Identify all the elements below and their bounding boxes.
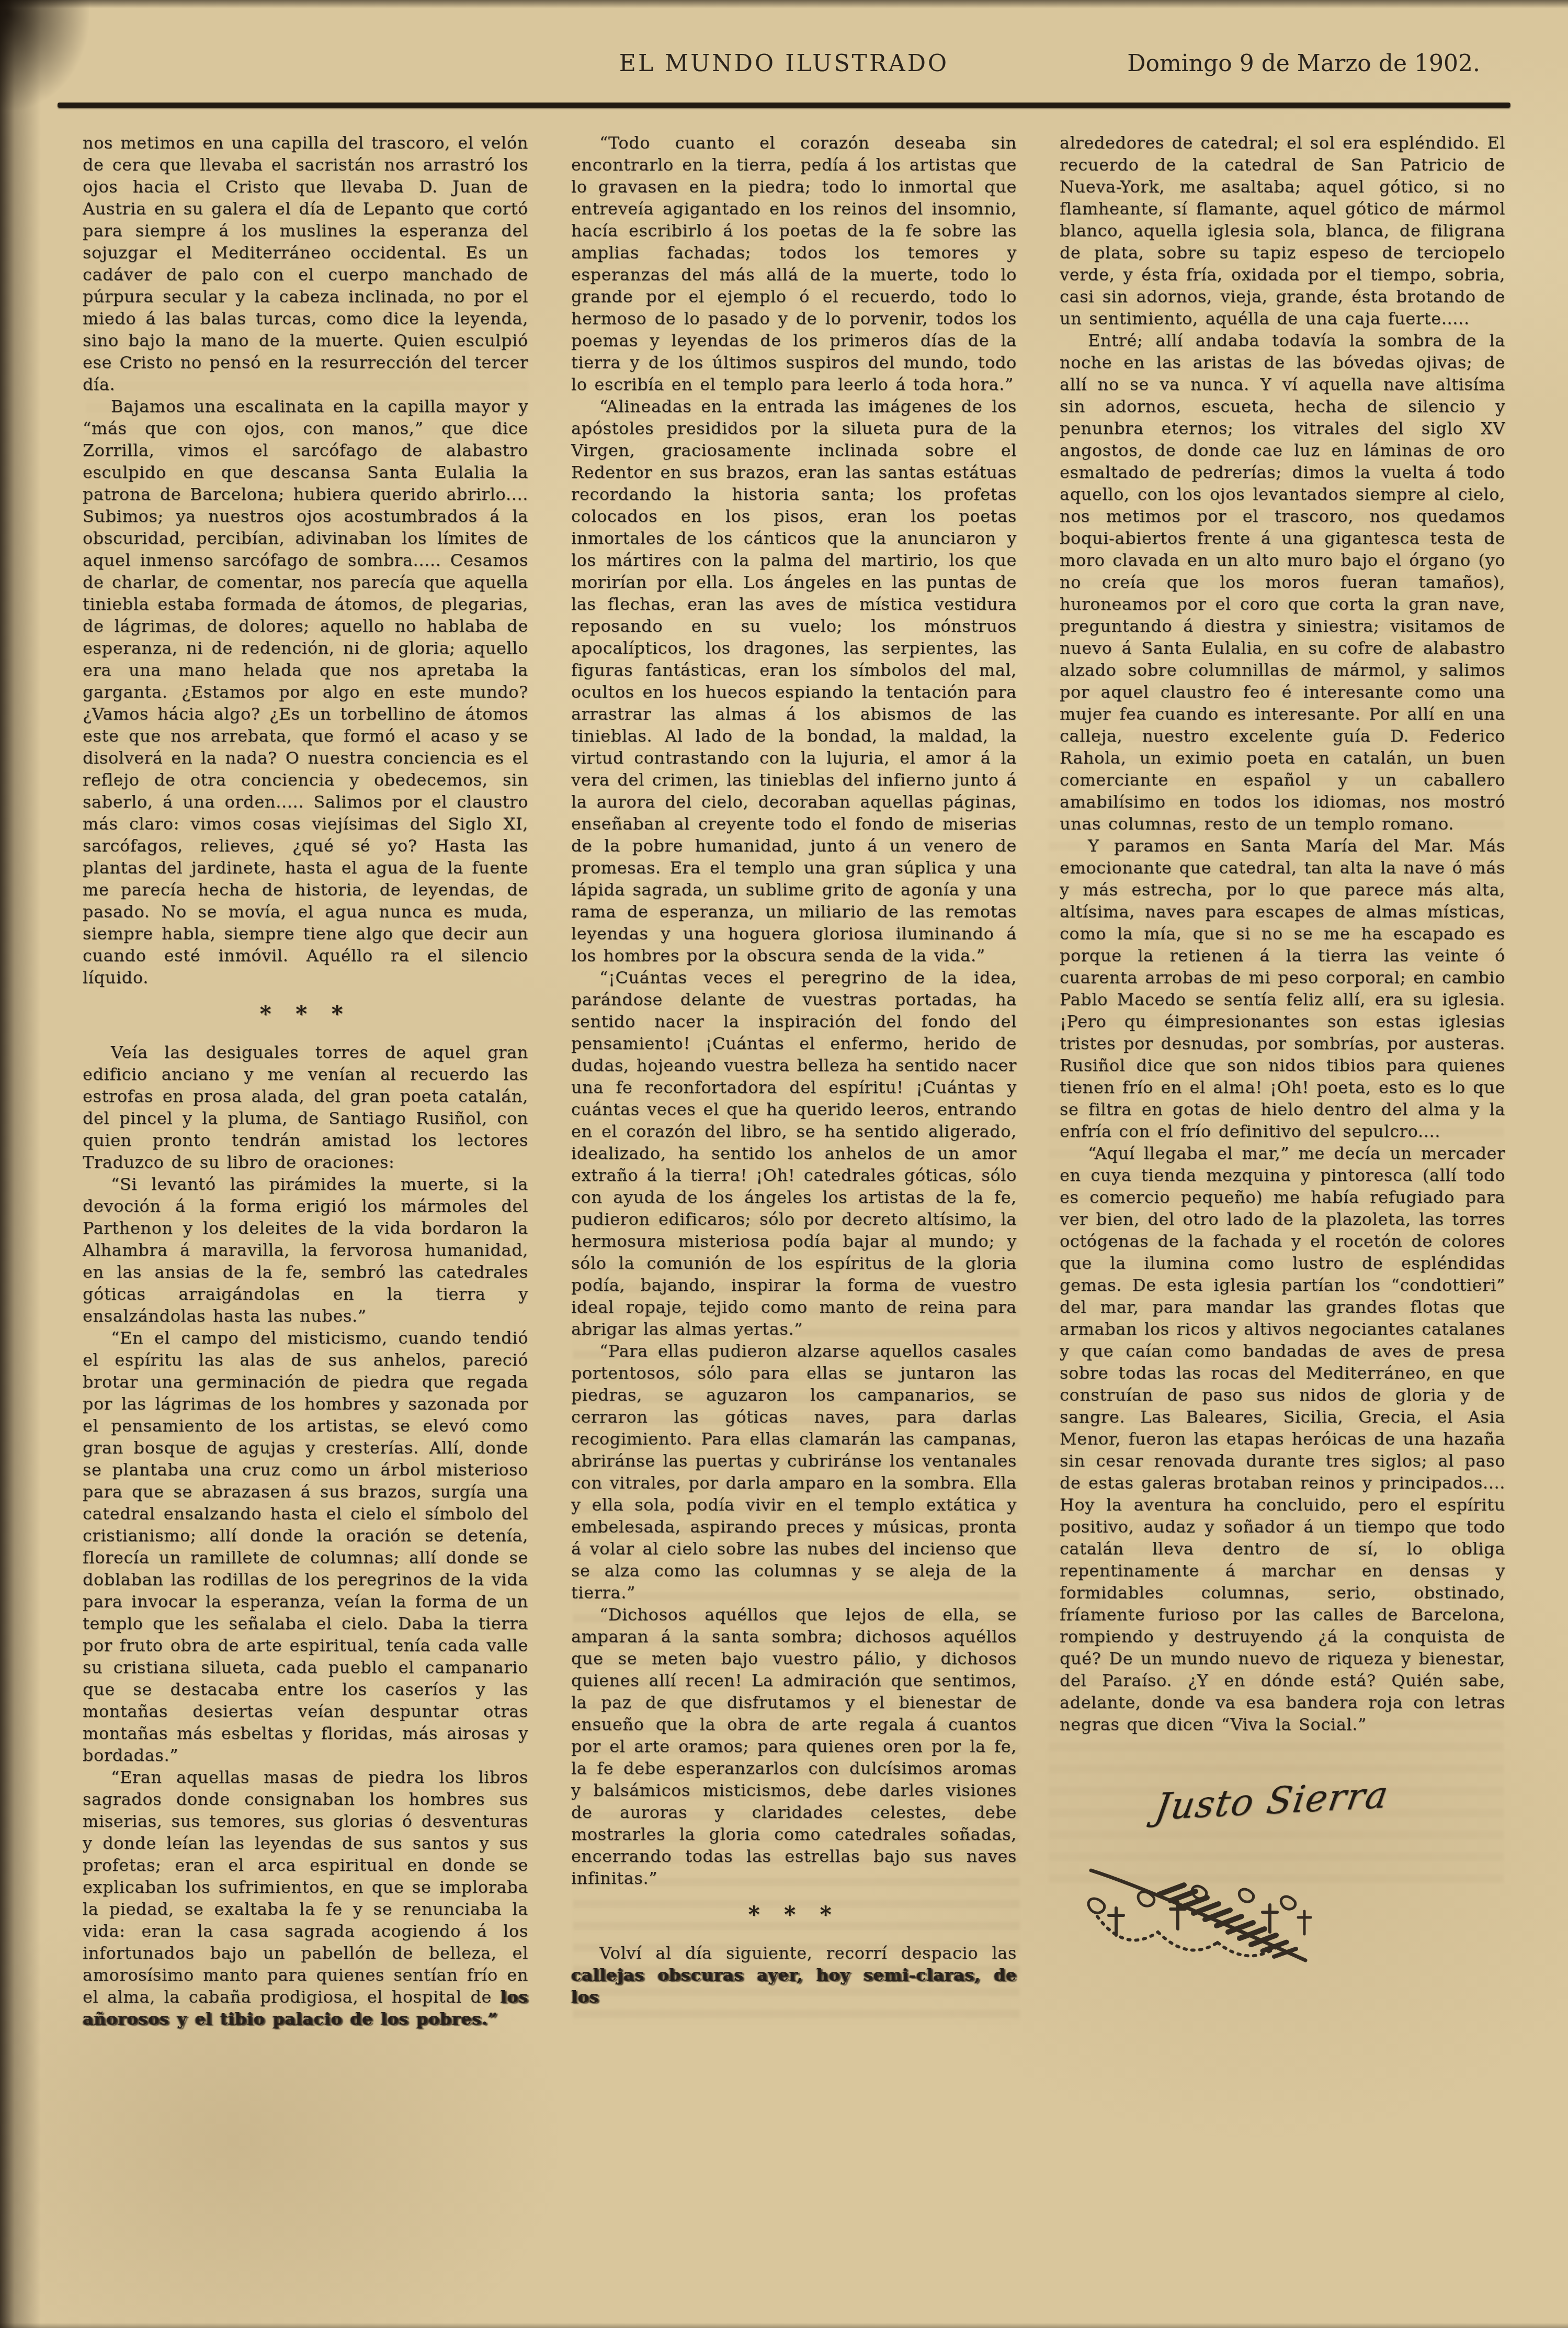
binding-shadow (0, 0, 42, 2328)
paragraph: Veía las desiguales torres de aquel gran… (83, 1041, 528, 1173)
paragraph: Y paramos en Santa María del Mar. Más em… (1060, 835, 1505, 1142)
masthead-title: EL MUNDO ILUSTRADO (619, 50, 949, 77)
paragraph: alrededores de catedral; el sol era espl… (1060, 132, 1505, 330)
author-signature: Justo Sierra (1056, 1768, 1487, 1833)
paragraph: Volví al día siguiente, recorrí despacio… (571, 1942, 1017, 2008)
newspaper-page: EL MUNDO ILUSTRADO Domingo 9 de Marzo de… (0, 0, 1568, 2328)
paragraph-text: “Eran aquellas masas de piedra los libro… (83, 1767, 528, 2007)
article-column-2: “Todo cuanto el corazón deseaba sin enco… (571, 132, 1017, 2030)
page-header: EL MUNDO ILUSTRADO Domingo 9 de Marzo de… (0, 0, 1568, 103)
article-column-3: alrededores de catedral; el sol era espl… (1060, 132, 1505, 2030)
paragraph: “Alineadas en la entrada las imágenes de… (571, 395, 1017, 967)
paragraph: “Si levantó las pirámides la muerte, si … (83, 1173, 528, 1327)
paragraph: nos metimos en una capilla del trascoro,… (83, 132, 528, 395)
section-divider: * * * (571, 1902, 1017, 1927)
paragraph: “Aquí llegaba el mar,” me decía un merca… (1060, 1142, 1505, 1735)
section-divider: * * * (83, 1001, 528, 1027)
paragraph: “¡Cuántas veces el peregrino de la idea,… (571, 967, 1017, 1340)
corner-stain (0, 0, 89, 110)
article-column-1: nos metimos en una capilla del trascoro,… (83, 132, 528, 2030)
paragraph: “Todo cuanto el corazón deseaba sin enco… (571, 132, 1017, 395)
paragraph: “Eran aquellas masas de piedra los libro… (83, 1766, 528, 2030)
quill-feather-ornament (1075, 1849, 1321, 1975)
paragraph: “Dichosos aquéllos que lejos de ella, se… (571, 1604, 1017, 1889)
smudged-text: callejas obscuras ayer, hoy semi-claras,… (571, 1965, 1017, 2007)
paragraph: “Para ellas pudieron alzarse aquellos ca… (571, 1340, 1017, 1604)
paragraph: Bajamos una escalinata en la capilla may… (83, 395, 528, 989)
page-top-edge (0, 0, 1568, 8)
issue-date: Domingo 9 de Marzo de 1902. (1127, 50, 1480, 77)
paragraph-text: Volví al día siguiente, recorrí despacio… (599, 1943, 1017, 1963)
paragraph: “En el campo del misticismo, cuando tend… (83, 1327, 528, 1766)
header-rule (58, 103, 1510, 108)
page-bottom-edge (0, 2323, 1568, 2328)
paragraph: Entré; allí andaba todavía la sombra de … (1060, 330, 1505, 835)
article-body: nos metimos en una capilla del trascoro,… (0, 108, 1568, 2030)
